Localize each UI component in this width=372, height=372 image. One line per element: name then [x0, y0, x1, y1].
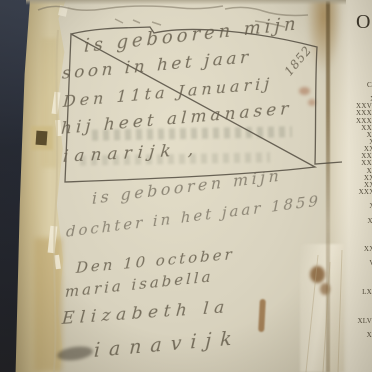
chapter-number: XLVIII [344, 318, 372, 325]
chapter-number: I [344, 353, 372, 360]
crumpled-gutter-paper [300, 244, 344, 372]
foxing-spot [308, 99, 316, 106]
chapter-number [344, 275, 372, 282]
printed-heading-letter: O [356, 11, 372, 34]
chapter-number: I [344, 196, 372, 203]
gutter-fold-line [326, 0, 330, 372]
gutter-stain [306, 0, 342, 74]
chapter-column-header: Cap. [344, 81, 372, 89]
chapter-number: L [344, 89, 372, 96]
chapter-number: III [344, 339, 372, 346]
chapter-number: IV [344, 360, 372, 367]
chapter-number [344, 232, 372, 239]
chapter-number: IV [344, 346, 372, 353]
chapter-number: XLI [344, 218, 372, 225]
chapter-number: LI [344, 296, 372, 303]
chapter-number: XXX [344, 246, 372, 253]
chapter-number [344, 303, 372, 310]
ink-stain-blob [320, 283, 330, 295]
chapter-number: XXXV [344, 189, 372, 196]
ink-stain-blob [310, 266, 325, 283]
chapter-number: LXVI [344, 289, 372, 296]
chapter-number: XI [344, 253, 372, 260]
dark-square-mark [36, 131, 48, 146]
page-top-shadow [26, 0, 346, 5]
chapter-number: XXI [344, 132, 372, 139]
chapter-number: XIV [344, 332, 372, 339]
chapter-number: VII [344, 260, 372, 267]
foxing-spot [299, 87, 310, 95]
chapter-number-column: LXLXXVIIIXXXVIXXXIVXXIVXXIXVXXXXXXIXXIVX… [344, 89, 372, 367]
chapter-number: C [344, 225, 372, 232]
chapter-number: XII [344, 203, 372, 210]
chapter-number [344, 268, 372, 275]
